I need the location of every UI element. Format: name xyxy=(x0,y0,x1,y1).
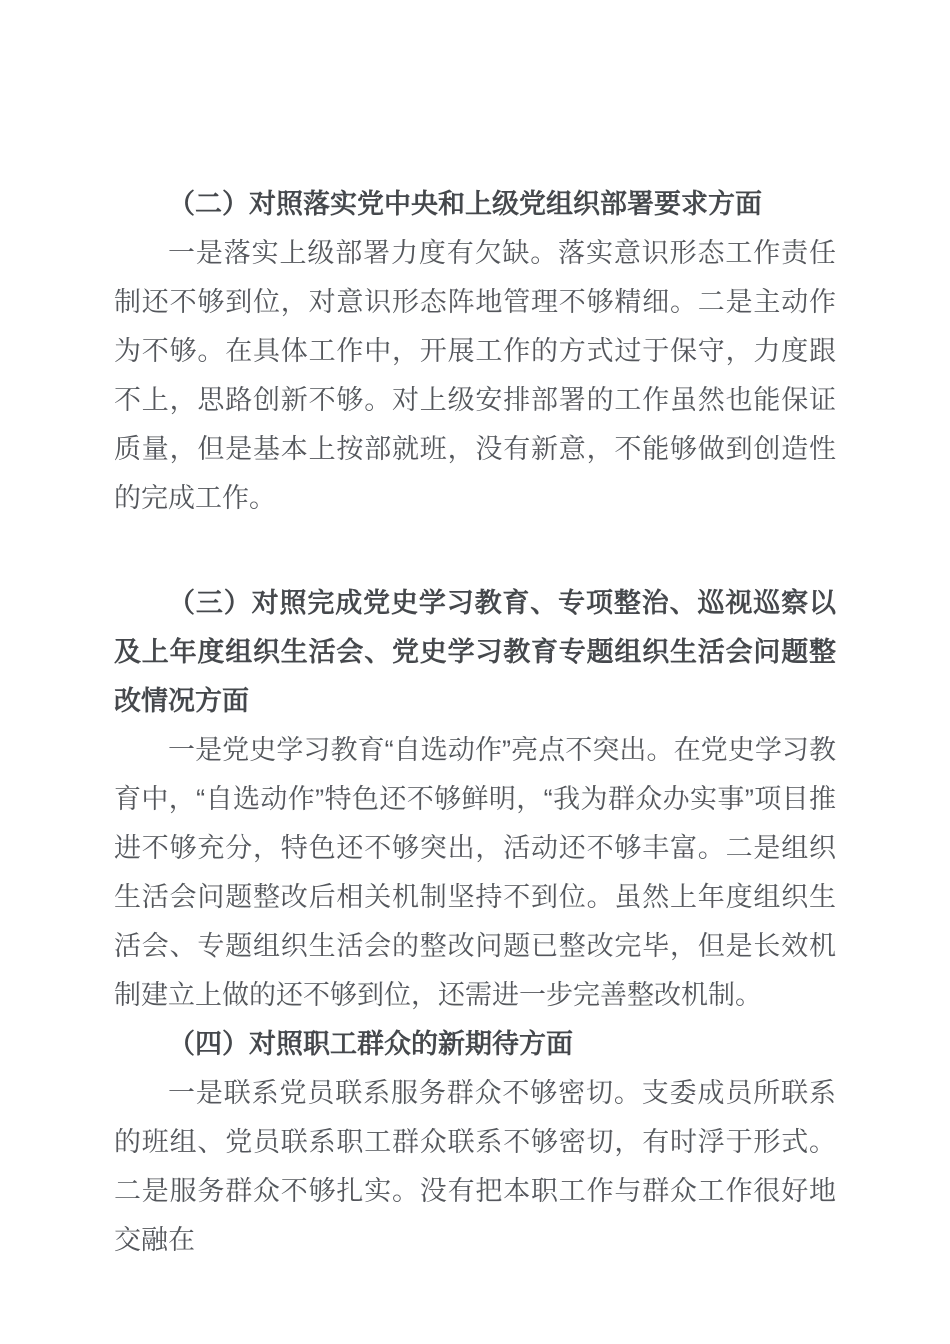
section-heading-3: （三）对照完成党史学习教育、专项整治、巡视巡察以及上年度组织生活会、党史学习教育… xyxy=(114,579,836,726)
section-paragraph-3: 一是党史学习教育“自选动作”亮点不突出。在党史学习教育中，“自选动作”特色还不够… xyxy=(114,726,836,1020)
section-paragraph-4: 一是联系党员联系服务群众不够密切。支委成员所联系的班组、党员联系职工群众联系不够… xyxy=(114,1069,836,1265)
document-content: （二）对照落实党中央和上级党组织部署要求方面 一是落实上级部署力度有欠缺。落实意… xyxy=(0,0,950,1265)
section-heading-4: （四）对照职工群众的新期待方面 xyxy=(114,1020,836,1069)
document-page: （二）对照落实党中央和上级党组织部署要求方面 一是落实上级部署力度有欠缺。落实意… xyxy=(0,0,950,1344)
section-paragraph-2: 一是落实上级部署力度有欠缺。落实意识形态工作责任制还不够到位，对意识形态阵地管理… xyxy=(114,229,836,523)
section-heading-2: （二）对照落实党中央和上级党组织部署要求方面 xyxy=(114,180,836,229)
